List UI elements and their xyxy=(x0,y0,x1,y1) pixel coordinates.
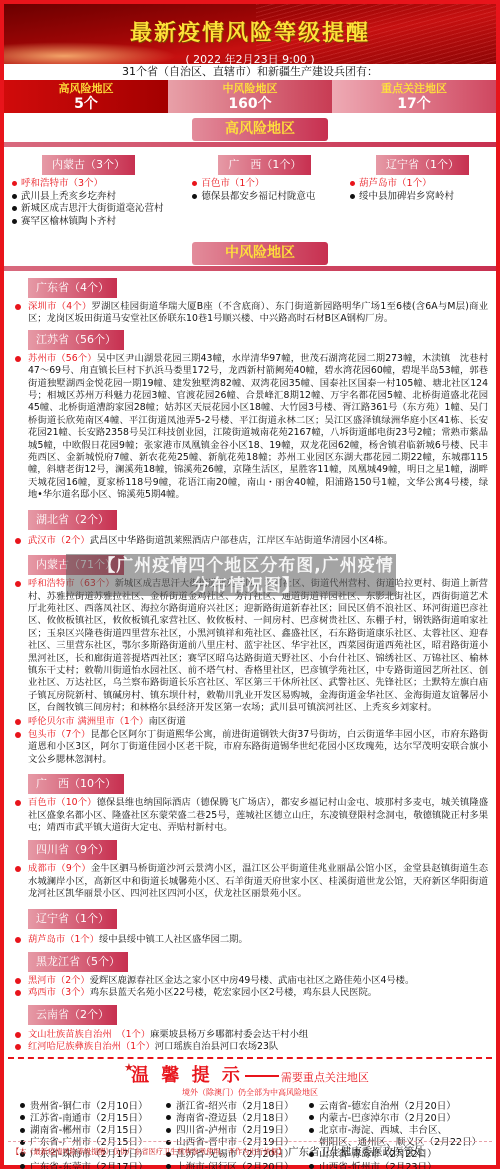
focus-item: 云南省-德宏自治州（2月20日） xyxy=(309,1101,481,1113)
province-block-heilongjiang: 黑龙江省（5个） 黑河市（2个）爱辉区鹿源春社区金达之家小区中房49号楼、武庙屯… xyxy=(12,950,488,1000)
header-banner: 最新疫情风险等级提醒 ( 2022 年2月23日 9:00 ) xyxy=(4,4,496,64)
city-name: 呼伦贝尔市 满洲里市（1个） xyxy=(28,716,148,727)
focus-item: 广东省-东莞市（2月17日） xyxy=(20,1162,166,1169)
province-tag: 广 西（10个） xyxy=(28,774,124,794)
bullet-icon xyxy=(166,1115,171,1120)
city-name: 武汉市（2个） xyxy=(28,535,90,546)
bullet-icon xyxy=(12,194,17,199)
area-list: 绥中县绥中镇工人社区盛华园二期。 xyxy=(99,934,248,945)
area-line: 新城区成吉思汗大街街道毫沁营村 xyxy=(12,203,192,216)
bullet-icon xyxy=(15,1032,21,1038)
province-block-guangdong: 广东省（4个） 深圳市（4个）罗湖区桂园街道华瑞大厦B座（不含底商）、东门街道新… xyxy=(12,276,488,326)
focus-item-text: 内蒙古-巴彦淖尔市（2月20日） xyxy=(319,1113,456,1124)
focus-item-text: 山西省-忻州市（2月23日） xyxy=(319,1162,437,1169)
area-line: 武川县上秃亥乡圪奔村 xyxy=(12,191,192,204)
focus-item: 江苏省-南通市（2月15日） xyxy=(20,1113,166,1125)
city-name: 呼和浩特市（3个） xyxy=(21,178,103,189)
bullet-icon xyxy=(166,1128,171,1133)
province-tag: 云南省（2个） xyxy=(28,1005,117,1025)
city-entry: 百色市（10个）德保县维也纳国际酒店（德保腾飞广场店），都安乡福记村山金屯、坡那… xyxy=(12,797,488,834)
focus-item: 海南省-澄迈县（2月18日） xyxy=(166,1113,309,1125)
section-title: 中风险地区 xyxy=(192,242,328,265)
area-line: 德保县都安乡福记村陇意屯 xyxy=(192,191,350,204)
city-entry: 文山壮族苗族自治州 （1个）麻栗坡县杨万乡哪都村委会达干村小组 xyxy=(12,1029,488,1041)
bullet-icon xyxy=(12,219,17,224)
city-entry: 深圳市（4个）罗湖区桂园街道华瑞大厦B座（不含底商）、东门街道新园路明华广场1至… xyxy=(12,301,488,326)
area-list: 罗湖区桂园街道华瑞大厦B座（不含底商）、东门街道新园路明华广场1至6楼(含6A与… xyxy=(28,301,488,324)
disclaimer: 【本《最新疫情风险等级提醒》仅供广东省医疗卫生机构参考使用，不作为出行依据】 xyxy=(12,1147,285,1157)
focus-item-text: 北京市-海淀、西城、丰台区、 xyxy=(319,1125,447,1136)
bullet-icon xyxy=(15,304,21,310)
stat-high-risk: 高风险地区 5个 xyxy=(4,80,168,113)
city-name: 鸡西市（3个） xyxy=(28,987,90,998)
stat-value: 5个 xyxy=(4,96,168,112)
province-tag: 湖北省（2个） xyxy=(28,510,117,530)
city-line: 百色市（1个） xyxy=(192,178,350,191)
bullet-icon xyxy=(15,990,21,996)
province-block-sichuan: 四川省（9个） 成都市（9个）金牛区驷马桥街道沙河云景湾小区，温江区公平街道佳兆… xyxy=(12,838,488,900)
city-line: 呼和浩特市（3个） xyxy=(12,178,192,191)
risk-stats: 高风险地区 5个 中风险地区 160个 重点关注地区 17个 xyxy=(4,80,496,113)
city-name: 深圳市（4个） xyxy=(28,301,92,312)
high-risk-province: 辽宁省（1个） 葫芦岛市（1个） 绥中县加碑岩乡窝岭村 xyxy=(350,153,488,243)
focus-item-text: 贵州省-铜仁市（2月10日） xyxy=(30,1101,148,1112)
area-name: 赛罕区榆林镇陶卜齐村 xyxy=(21,216,116,227)
star-icon: ★ xyxy=(124,1061,134,1074)
province-block-guangxi: 广 西（10个） 百色市（10个）德保县维也纳国际酒店（德保腾飞广场店），都安乡… xyxy=(12,772,488,834)
bullet-icon xyxy=(15,978,21,984)
bullet-icon xyxy=(15,800,21,806)
focus-item-text: 湖南省-郴州市（2月15日） xyxy=(30,1125,148,1136)
bullet-icon xyxy=(309,1103,314,1108)
focus-item-text: 上海市-闵行区（2月20日） xyxy=(176,1162,294,1169)
area-list: 麻栗坡县杨万乡哪都村委会达干村小组 xyxy=(150,1029,308,1040)
area-list: 河口瑶族自治县河口农场23队 xyxy=(155,1041,278,1052)
area-list: 德保县维也纳国际酒店（德保腾飞广场店），都安乡福记村山金屯、坡那村多麦屯，城关镇… xyxy=(28,797,488,833)
focus-item-text: 海南省-澄迈县（2月18日） xyxy=(176,1113,294,1124)
area-line: 绥中县加碑岩乡窝岭村 xyxy=(350,191,488,204)
bullet-icon xyxy=(12,181,17,186)
city-name: 成都市（9个） xyxy=(28,863,91,874)
province-tag: 辽宁省（1个） xyxy=(376,155,469,175)
city-entry: 苏州市（56个）吴中区尹山湖景花园三期43幢，水岸清华97幢，世茂石湖湾花园二期… xyxy=(12,353,488,502)
area-list: 吴中区尹山湖景花园三期43幢，水岸清华97幢，世茂石湖湾花园二期273幢，木渎镇… xyxy=(28,353,488,500)
area-list: 新城区成吉思汗大街街道北苑社区、东河社区、街道代州营村、街道哈拉更村、街道上新营… xyxy=(28,578,488,713)
mid-risk-list: 广东省（4个） 深圳市（4个）罗湖区桂园街道华瑞大厦B座（不含底商）、东门街道新… xyxy=(4,276,496,1054)
stat-value: 160个 xyxy=(168,96,332,112)
province-tag: 辽宁省（1个） xyxy=(28,909,117,929)
watermark-text: 【广州疫情四个地区分布图,广州疫情 分布情况图】 xyxy=(66,556,426,596)
bullet-icon xyxy=(20,1103,25,1108)
bullet-icon xyxy=(309,1164,314,1169)
city-entry: 黑河市（2个）爱辉区鹿源春社区金达之家小区中房49号楼、武庙屯社区之路佳苑小区4… xyxy=(12,975,488,987)
watermark-line: 分布情况图】 xyxy=(66,576,426,596)
focus-item: 山西省-忻州市（2月23日） xyxy=(309,1162,481,1169)
bullet-icon xyxy=(15,538,21,544)
area-list: 武昌区中华路街道凯莱熙酒店户部巷店，江岸区车站街道华清园小区4栋。 xyxy=(90,535,393,546)
focus-item-text: 四川省-泸州市（2月19日） xyxy=(176,1125,294,1136)
section-title: 高风险地区 xyxy=(192,118,328,141)
city-entry: 包头市（7个）昆都仑区阿尔丁街道熙华公寓，前进街道钢铁大街37号街坊，白云街道华… xyxy=(12,729,488,766)
bullet-icon xyxy=(350,181,355,186)
focus-item: 贵州省-铜仁市（2月10日） xyxy=(20,1101,166,1113)
focus-item-text: 云南省-德宏自治州（2月20日） xyxy=(319,1101,456,1112)
area-list: 金牛区驷马桥街道沙河云景湾小区，温江区公平街道佳兆业丽晶公馆小区，金堂县赵镇街道… xyxy=(28,863,488,899)
report-date: ( 2022 年2月23日 9:00 ) xyxy=(4,51,496,67)
bullet-icon xyxy=(15,581,21,587)
focus-item-text: 浙江省-绍兴市（2月18日） xyxy=(176,1101,294,1112)
bullet-icon xyxy=(192,181,197,186)
area-list: 南区街道 xyxy=(148,716,185,727)
city-name: 苏州市（56个） xyxy=(28,353,97,364)
bullet-icon xyxy=(350,194,355,199)
province-block-liaoning: 辽宁省（1个） 葫芦岛市（1个）绥中县绥中镇工人社区盛华园二期。 xyxy=(12,907,488,946)
focus-item: 四川省-泸州市（2月19日） xyxy=(166,1125,309,1137)
stat-label: 高风险地区 xyxy=(4,82,168,96)
mid-risk-banner: 中风险地区 xyxy=(4,241,496,271)
province-tag: 黑龙江省（5个） xyxy=(28,952,128,972)
issuer: 广东省卫生健康委医政医管处 xyxy=(288,1144,425,1159)
high-risk-columns: 内蒙古（3个） 呼和浩特市（3个） 武川县上秃亥乡圪奔村 新城区成吉思汗大街街道… xyxy=(4,147,496,243)
tips-subtitle: 需要重点关注地区 xyxy=(281,1071,369,1084)
province-tag: 内蒙古（3个） xyxy=(42,155,135,175)
bullet-icon xyxy=(309,1128,314,1133)
banner-bar xyxy=(4,142,496,147)
focus-item: 内蒙古-巴彦淖尔市（2月20日） xyxy=(309,1113,481,1125)
high-risk-province: 广 西（1个） 百色市（1个） 德保县都安乡福记村陇意屯 xyxy=(192,153,350,243)
area-list: 昆都仑区阿尔丁街道熙华公寓，前进街道钢铁大街37号街坊，白云街道华丰园小区，市府… xyxy=(28,729,488,765)
bullet-icon xyxy=(20,1128,25,1133)
stat-value: 17个 xyxy=(332,96,496,112)
city-entry: 呼伦贝尔市 满洲里市（1个）南区街道 xyxy=(12,716,488,728)
bullet-icon xyxy=(309,1115,314,1120)
bullet-icon xyxy=(166,1103,171,1108)
stat-mid-risk: 中风险地区 160个 xyxy=(168,80,332,113)
city-name: 文山壮族苗族自治州 （1个） xyxy=(28,1029,150,1040)
page-title: 最新疫情风险等级提醒 xyxy=(4,4,496,47)
dash-line xyxy=(245,1075,279,1077)
tips-section: ★ 温 馨 提 示需要重点关注地区 境外（除澳门）仍全部为中高风险地区 xyxy=(4,1059,496,1098)
high-risk-banner: 高风险地区 xyxy=(4,117,496,147)
city-name: 包头市（7个） xyxy=(28,729,90,740)
focus-item-text: 广东省-东莞市（2月17日） xyxy=(30,1162,148,1169)
province-tag: 广 西（1个） xyxy=(218,155,311,175)
city-name: 红河哈尼族彝族自治州（1个） xyxy=(28,1041,155,1052)
province-tag: 江苏省（56个） xyxy=(28,330,124,350)
bullet-icon xyxy=(15,732,21,738)
footer: 【本《最新疫情风险等级提醒》仅供广东省医疗卫生机构参考使用，不作为出行依据】 广… xyxy=(8,1141,492,1161)
tips-note: 境外（除澳门）仍全部为中高风险地区 xyxy=(4,1087,496,1098)
city-name: 百色市（10个） xyxy=(28,797,97,808)
province-tag: 四川省（9个） xyxy=(28,840,117,860)
area-list: 鸡东县蓝天名苑小区22号楼，乾宏家园小区2号楼，鸡东县人民医院。 xyxy=(90,987,377,998)
area-name: 德保县都安乡福记村陇意屯 xyxy=(201,191,315,202)
tips-title: 温 馨 提 示 xyxy=(131,1065,243,1086)
bullet-icon xyxy=(12,206,17,211)
focus-item: 浙江省-绍兴市（2月18日） xyxy=(166,1101,309,1113)
city-name: 黑河市（2个） xyxy=(28,975,90,986)
bullet-icon xyxy=(20,1115,25,1120)
city-line: 葫芦岛市（1个） xyxy=(350,178,488,191)
stat-label: 中风险地区 xyxy=(168,82,332,96)
city-entry: 成都市（9个）金牛区驷马桥街道沙河云景湾小区，温江区公平街道佳兆业丽晶公馆小区，… xyxy=(12,863,488,900)
bullet-icon xyxy=(192,194,197,199)
city-entry: 武汉市（2个）武昌区中华路街道凯莱熙酒店户部巷店，江岸区车站街道华清园小区4栋。 xyxy=(12,535,488,547)
focus-item: 北京市-海淀、西城、丰台区、 xyxy=(309,1125,481,1137)
stat-focus-areas: 重点关注地区 17个 xyxy=(332,80,496,113)
focus-item: 上海市-闵行区（2月20日） xyxy=(166,1162,309,1169)
area-name: 绥中县加碑岩乡窝岭村 xyxy=(359,191,454,202)
area-list: 爱辉区鹿源春社区金达之家小区中房49号楼、武庙屯社区之路佳苑小区4号楼。 xyxy=(90,975,415,986)
province-block-yunnan: 云南省（2个） 文山壮族苗族自治州 （1个）麻栗坡县杨万乡哪都村委会达干村小组 … xyxy=(12,1003,488,1054)
bullet-icon xyxy=(15,719,21,725)
city-entry: 鸡西市（3个）鸡东县蓝天名苑小区22号楼，乾宏家园小区2号楼，鸡东县人民医院。 xyxy=(12,987,488,999)
city-name: 葫芦岛市（1个） xyxy=(28,934,99,945)
bullet-icon xyxy=(20,1164,25,1169)
watermark-line: 【广州疫情四个地区分布图,广州疫情 xyxy=(66,556,426,576)
bullet-icon xyxy=(15,866,21,872)
bullet-icon xyxy=(15,937,21,943)
stat-label: 重点关注地区 xyxy=(332,82,496,96)
bullet-icon xyxy=(15,356,21,362)
focus-item-text: 江苏省-南通市（2月15日） xyxy=(30,1113,148,1124)
city-entry: 呼和浩特市（63个）新城区成吉思汗大街街道北苑社区、东河社区、街道代州营村、街道… xyxy=(12,578,488,714)
province-block-jiangsu: 江苏省（56个） 苏州市（56个）吴中区尹山湖景花园三期43幢，水岸清华97幢，… xyxy=(12,328,488,502)
city-entry: 红河哈尼族彝族自治州（1个）河口瑶族自治县河口农场23队 xyxy=(12,1041,488,1053)
banner-bar xyxy=(4,266,496,271)
bullet-icon xyxy=(166,1164,171,1169)
area-name: 武川县上秃亥乡圪奔村 xyxy=(21,191,116,202)
focus-item: 湖南省-郴州市（2月15日） xyxy=(20,1125,166,1137)
area-name: 新城区成吉思汗大街街道毫沁营村 xyxy=(21,203,164,214)
city-entry: 葫芦岛市（1个）绥中县绥中镇工人社区盛华园二期。 xyxy=(12,934,488,946)
bullet-icon xyxy=(15,1044,21,1050)
city-name: 葫芦岛市（1个） xyxy=(359,178,432,189)
province-block-hubei: 湖北省（2个） 武汉市（2个）武昌区中华路街道凯莱熙酒店户部巷店，江岸区车站街道… xyxy=(12,508,488,547)
area-line: 赛罕区榆林镇陶卜齐村 xyxy=(12,216,192,229)
high-risk-province: 内蒙古（3个） 呼和浩特市（3个） 武川县上秃亥乡圪奔村 新城区成吉思汗大街街道… xyxy=(12,153,192,243)
city-name: 百色市（1个） xyxy=(201,178,264,189)
province-tag: 广东省（4个） xyxy=(28,278,117,298)
